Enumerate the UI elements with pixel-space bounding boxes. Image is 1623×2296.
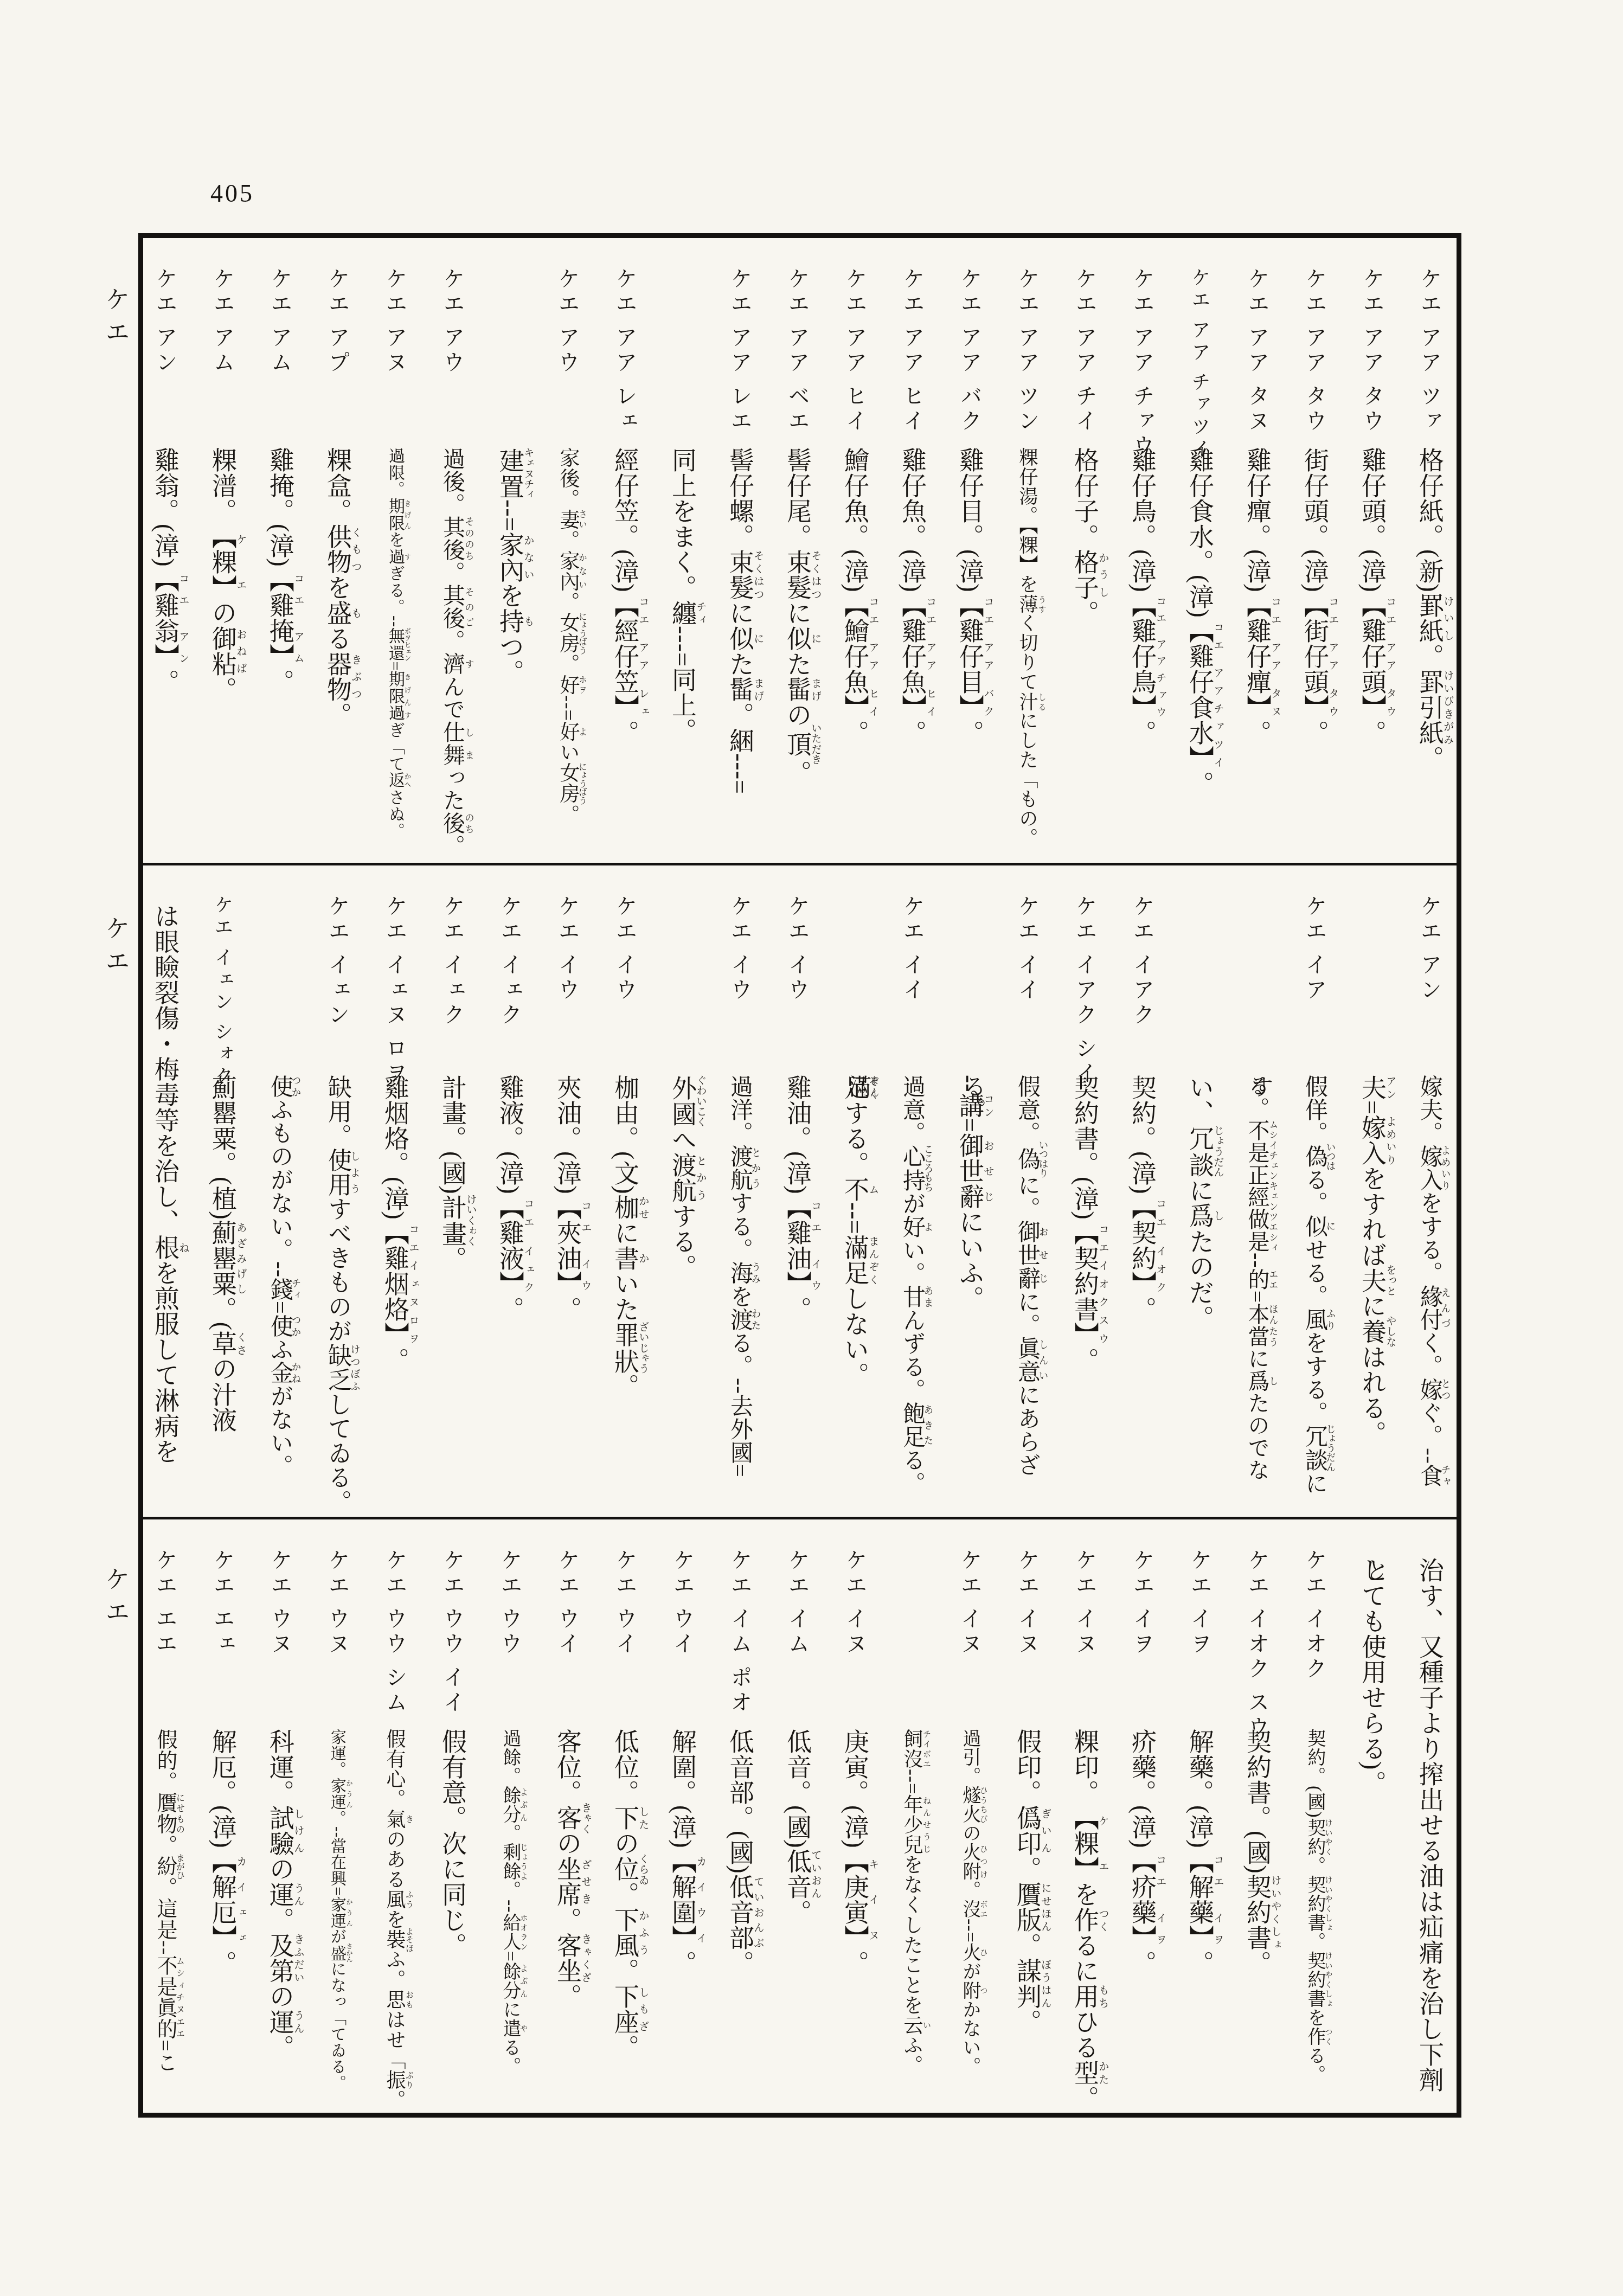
headword-reading: ケエ アン (1399, 895, 1457, 1003)
entry-column: ケエ アア ヒイ雞仔魚。(漳)【雞仔魚】コエ アア ヒイ。 (882, 238, 939, 863)
entry-column: ケエ イウ夾油。(漳)【夾油】コエ イウ。 (537, 865, 594, 1517)
entry-definition: 過餘。餘分よぶん。剩餘じょうよ。--給人ホオラン=餘分よぶんに遣やる。 (479, 1729, 537, 2076)
headword-reading: ケエ イウ (537, 895, 594, 1003)
headword-reading: ケエ アア タヌ (1227, 267, 1284, 434)
headword-reading: ケエ アア ヒイ (824, 267, 882, 434)
entry-definition: 雞仔癉。(漳)【雞仔癉】コエ アア タヌ。 (1227, 447, 1284, 746)
entry-definition: 契約。(國)契約けいやく。契約書けいやくしょ。契約書けいやくしょを作つくる。 (1284, 1729, 1342, 2084)
entry-column: ケエ イム低音。(國)低音ていおん。 (767, 1519, 824, 2114)
entry-definition: 治す、又種子より搾出せる油は疝痛を治し下劑と (1399, 1557, 1457, 2114)
headword-reading: ケエ イヌ (1054, 1549, 1112, 1657)
entry-definition: 契約。(漳)【契約】コエ イオク。 (1112, 1075, 1169, 1322)
entry-definition: 假佯。偽いつはる。似にせる。風ふりをする。冗談じょうだんにす (1284, 1075, 1342, 1517)
entry-definition: 家後。妻さい。家內かない。女房にょうばう。好ホヲ--=好よい女房にょうばう。 (537, 447, 594, 825)
entry-column: ケエ アア タウ雞仔頭。(漳)【雞仔頭】コエ アア タウ。 (1342, 238, 1399, 863)
entry-column: ケエ イヌ粿印。【粿】ケエを作つくるに用もちひる型かた。 (1054, 1519, 1112, 2114)
headword-reading: ケエ アム (192, 267, 249, 376)
headword-reading: ケエ イヌ (939, 1549, 997, 1657)
headword-reading: ケエ アン (143, 267, 192, 376)
entry-definition: 解厄。(漳)【解厄】カイェェ。 (192, 1729, 249, 1976)
headword-reading: ケエ ウウ シム (364, 1549, 422, 1716)
headword-reading: ケエ ウイ (652, 1549, 709, 1657)
headword-reading: ケエ アア タウ (1284, 267, 1342, 434)
entry-definition: しても使用せらる)。 (1342, 1557, 1399, 1795)
headword-reading: ケエ アア ヒイ (882, 267, 939, 434)
entry-column: ケエ イアク契約。(漳)【契約】コエ イオク。 (1112, 865, 1169, 1517)
entry-column: ケエ イウ雞油。(漳)【雞油】コエ イウ。 (767, 865, 824, 1517)
entry-column: ケエ イェン缺用。使用しようすべきものが缺乏けつぼふしてゐる。 (307, 865, 364, 1517)
entry-column: ケエ ウヌ科運。試驗しけんの運うん。及第きふだいの運うん。 (249, 1519, 307, 2114)
dictionary-band-bottom: 治す、又種子より搾出せる油は疝痛を治し下劑としても使用せらる)。ケエ イオク契約… (143, 1517, 1457, 2114)
entry-column: ケエ イェン シォク薊罌粟。(植)薊罌粟あざみげし。(草くさの汁液 (192, 865, 249, 1517)
entry-continuation-column: 足ぞくする。不ム--=滿足まんぞくしない。 (824, 865, 882, 1517)
entry-definition: 足ぞくする。不ム--=滿足まんぞくしない。 (824, 1075, 882, 1388)
headword-reading: ケエ アプ (307, 267, 364, 376)
entry-column: ケエ イェク計畫。(國)計畫けいくゎく。 (422, 865, 479, 1517)
entry-definition: 街仔頭。(漳)【街仔頭】コエ アア タウ。 (1284, 447, 1342, 746)
entry-definition: 鱠仔魚。(漳)【鱠仔魚】コエ アア ヒイ。 (824, 447, 882, 746)
entry-definition: 飼沒チイボエ--=年少兒ねんせうじをなくしたことを云いふ。 (882, 1729, 939, 2075)
headword-reading: ケエ アア バク (939, 267, 997, 434)
headword-reading: ケエ アウ (537, 267, 594, 376)
entry-column: ケエ アン嫁夫。嫁入よめいりをする。緣付えんづく。嫁とつぐ。--食チャ (1399, 865, 1457, 1517)
entry-definition: 過意。心持こころもちが好よい。甘あまんずる。飽足あきたる。滿まん (882, 1075, 939, 1517)
headword-reading: ケエ アヌ (364, 267, 422, 376)
entry-column: ケエ アア タウ街仔頭。(漳)【街仔頭】コエ アア タウ。 (1284, 238, 1342, 863)
entry-column: ケエ エエ假的。贋物にせもの。紛まがひ。這是--不是眞的ムシィチヌエエ=こ (143, 1519, 192, 2114)
thumb-index-label-band1: ケエ (101, 286, 133, 351)
entry-column: ケエ アア バク雞仔目。(漳)【雞仔目】コエ アア バク。 (939, 238, 997, 863)
entry-definition: い、冗談じょうだんに爲したのだ。 (1169, 1075, 1227, 1330)
entry-definition: 髻仔尾。束髮そくはつに似にた髷まげの頂いただき。 (767, 447, 824, 785)
headword-reading: ケエ アア タウ (1342, 267, 1399, 434)
entry-definition: 計畫。(國)計畫けいくゎく。 (422, 1075, 479, 1272)
entry-column: ケエ イア假佯。偽いつはる。似にせる。風ふりをする。冗談じょうだんにす (1284, 865, 1342, 1517)
entry-definition: 低音。(國)低音ていおん。 (767, 1729, 824, 1925)
entry-continuation-column: 使つかふものがない。--錢チィ=使つかふ金かねがない。 (249, 865, 307, 1517)
entry-column: ケエ イヌ假印。僞印ぎいん。贋版にせほん。謀判ぼうはん。 (997, 1519, 1054, 2114)
headword-reading: ケエ イェク (479, 895, 537, 1028)
headword-reading: ケエ イェク (422, 895, 479, 1028)
entry-column: ケエ イウ枷由。(文)枷かせに書かいた罪狀ざいじゃう。 (594, 865, 652, 1517)
entry-column: ケエ ウウ イイ假有意。次に同じ。 (422, 1519, 479, 2114)
entry-definition: 假有心。氣きのある風ふうを裝よそほふ。思おもはせ「振ぶり。 (364, 1729, 422, 2110)
entry-definition: 同上をまく。纏チィ---=同上。 (652, 447, 709, 743)
entry-definition: 科運。試驗しけんの運うん。及第きふだいの運うん。 (249, 1729, 307, 2060)
entry-definition: 經仔笠。(漳)【經仔笠】コエ アア レェ。 (594, 447, 652, 746)
entry-continuation-column: しても使用せらる)。 (1342, 1519, 1399, 2114)
headword-reading: ケエ イヲ (1169, 1549, 1227, 1657)
entry-definition: は眼瞼裂傷・梅毒等を治し、根ねを煎服して淋病を (143, 903, 192, 1464)
headword-reading: ケエ アア チイ (1054, 267, 1112, 434)
entry-definition: 雞仔鳥。(漳)【雞仔鳥】コエ アアチァウ。 (1112, 447, 1169, 746)
headword-reading: ケエ イム (767, 1549, 824, 1657)
entry-definition: 雞仔魚。(漳)【雞仔魚】コエ アア ヒイ。 (882, 447, 939, 746)
headword-reading: ケエ イム ポオ (709, 1549, 767, 1716)
entry-column: ケエ アア チイ格仔子。格子かうし。 (1054, 238, 1112, 863)
entry-column: ケエ イェク雞液。(漳)【雞液】コエ イェク。 (479, 865, 537, 1517)
entry-definition: 契約書。(漳)【契約書】コエイオクスウ。 (1054, 1075, 1112, 1373)
entry-continuation-column: は眼瞼裂傷・梅毒等を治し、根ねを煎服して淋病を (143, 865, 192, 1517)
entry-continuation-column: 同上をまく。纏チィ---=同上。 (652, 238, 709, 863)
entry-continuation-column: 夫アン=嫁入よめいりをすれば夫をっとに養やしなはれる。 (1342, 865, 1399, 1517)
headword-reading: ケエ イヌ (824, 1549, 882, 1657)
entry-definition: 假印。僞印ぎいん。贋版にせほん。謀判ぼうはん。 (997, 1729, 1054, 2035)
headword-reading: ケエ イウ (767, 895, 824, 1003)
headword-reading: ケエ エエ (143, 1549, 192, 1657)
entry-definition: 雞掩。(漳)【雞掩】コエ アム。 (249, 447, 307, 695)
entry-column: ケエ イオク契約。(國)契約けいやく。契約書けいやくしょ。契約書けいやくしょを作… (1284, 1519, 1342, 2114)
entry-column: ケエ イヌ庚寅。(漳)【庚寅】キイヌ。 (824, 1519, 882, 2114)
entry-definition: 夾油。(漳)【夾油】コエ イウ。 (537, 1075, 594, 1322)
headword-reading: ケエ アウ (422, 267, 479, 376)
entry-definition: 枷由。(文)枷かせに書かいた罪狀ざいじゃう。 (594, 1075, 652, 1399)
entry-definition: る。不是正經做是ムシイチェンキェンツエシィ--的エエ=本當ほんたうに爲したのでな (1227, 1075, 1284, 1481)
entry-definition: 粿仔湯。【粿】を薄うすく切りて汁しるにした「もの。 (997, 447, 1054, 848)
headword-reading: ケエ ウウ (479, 1549, 537, 1657)
headword-reading: ケエ イェン (307, 895, 364, 1028)
headword-reading: ケエ イオク (1284, 1549, 1342, 1682)
entry-column: ケエ アア チァツイ雞仔食水。(漳)【雞仔食水】コエ アアチァツイ。 (1169, 238, 1227, 863)
headword-reading: ケエ ウヌ (249, 1549, 307, 1657)
entry-definition: 解藥。(漳)【解藥】コエ イヲ。 (1169, 1729, 1227, 1976)
entry-column: ケエ アア ツン粿仔湯。【粿】を薄うすく切りて汁しるにした「もの。 (997, 238, 1054, 863)
headword-reading: ケエ アア チァツイ (1169, 267, 1227, 461)
entry-definition: 過引。燧火ひうちびの火附ひつけ。沒ボエ--=火ひが附つかない。 (939, 1729, 997, 2076)
entry-column: ケエ イアク シイ契約書。(漳)【契約書】コエイオクスウ。 (1054, 865, 1112, 1517)
entry-column: ケエ イム ポオ低音部。(國)低音部ていおんぶ。 (709, 1519, 767, 2114)
dictionary-band-top: ケエ アア ツァ格仔紙。(新)罫紙けいし。罫引紙けいびきがみ。ケエ アア タウ雞… (143, 238, 1457, 863)
headword-reading: ケエ ウヌ (307, 1549, 364, 1657)
entry-definition: 契約書。(國)契約書けいやくしょ。 (1227, 1729, 1284, 1976)
headword-reading: ケエ アア レェ (594, 267, 652, 434)
entry-continuation-column: 建置キェヌチィ--=家內かないを持もつ。 (479, 238, 537, 863)
entry-continuation-column: 飼沒チイボエ--=年少兒ねんせうじをなくしたことを云いふ。 (882, 1519, 939, 2114)
headword-reading: ケエ アア ツァ (1399, 267, 1457, 434)
entry-column: ケエ アア ベエ髻仔尾。束髮そくはつに似にた髷まげの頂いただき。 (767, 238, 824, 863)
entry-column: ケエ ウイ低位。下したの位くらゐ。下風かふう。下座しもざ。 (594, 1519, 652, 2114)
entry-definition: 家運。家運かうん。--當在興=家運かうんが盛さかんになっ「てゐる。 (307, 1729, 364, 2092)
headword-reading: ケエ ウウ イイ (422, 1549, 479, 1716)
entry-definition: 薊罌粟。(植)薊罌粟あざみげし。(草くさの汁液 (192, 1075, 249, 1433)
entry-definition: 庚寅。(漳)【庚寅】キイヌ。 (824, 1729, 882, 1976)
entry-column: ケエ アプ粿盒。供物くもつを盛もる器物きぶつ。 (307, 238, 364, 863)
thumb-index-label-band2: ケエ (101, 915, 133, 980)
entry-continuation-column: い、冗談じょうだんに爲したのだ。 (1169, 865, 1227, 1517)
entry-definition: 假意。偽いつはりに。御世辭おせじに。眞意しんいにあらざる。 (997, 1075, 1054, 1517)
entry-column: ケエ ウウ過餘。餘分よぶん。剩餘じょうよ。--給人ホオラン=餘分よぶんに遣やる。 (479, 1519, 537, 2114)
headword-reading: ケエ イアク シイ (1054, 895, 1112, 1087)
entry-column: ケエ アヌ過限。期限きげんを過すぎる。--無還ボヲヒェン=期限過きげんすぎ「て返… (364, 238, 422, 863)
entry-continuation-column: る。不是正經做是ムシイチェンキェンツエシィ--的エエ=本當ほんたうに爲したのでな (1227, 865, 1284, 1517)
headword-reading: ケエ イア (1284, 895, 1342, 1003)
entry-definition: 夫アン=嫁入よめいりをすれば夫をっとに養やしなはれる。 (1342, 1075, 1399, 1446)
entry-definition: 雞仔目。(漳)【雞仔目】コエ アア バク。 (939, 447, 997, 746)
entry-definition: 過後。其後そののち。其後そのご。濟すんで仕舞しまった後のち。 (422, 447, 479, 857)
entry-definition: 粿盒。供物くもつを盛もる器物きぶつ。 (307, 447, 364, 728)
entry-definition: 外國ぐわいこくへ渡航とかうする。 (652, 1075, 709, 1280)
entry-column: ケエ アア ヒイ鱠仔魚。(漳)【鱠仔魚】コエ アア ヒイ。 (824, 238, 882, 863)
headword-reading: ケエ イェン シォク (192, 895, 249, 1089)
headword-reading: ケエ アア チァウ (1112, 267, 1169, 459)
headword-reading: ケエ イェヌ ロヲ (364, 895, 422, 1087)
entry-column: ケエ ウイ解圍。(漳)【解圍】カイウイ。 (652, 1519, 709, 2114)
headword-reading: ケエ イイ (882, 895, 939, 1003)
entry-column: ケエ ウヌ家運。家運かうん。--當在興=家運かうんが盛さかんになっ「てゐる。 (307, 1519, 364, 2114)
entry-definition: 雞油。(漳)【雞油】コエ イウ。 (767, 1075, 824, 1322)
entry-column: ケエ イイ過意。心持こころもちが好よい。甘あまんずる。飽足あきたる。滿まん (882, 865, 939, 1517)
entry-definition: 雞仔頭。(漳)【雞仔頭】コエ アア タウ。 (1342, 447, 1399, 746)
headword-reading: ケエ ウイ (594, 1549, 652, 1657)
entry-definition: 缺用。使用しようすべきものが缺乏けつぼふしてゐる。 (307, 1075, 364, 1514)
entry-column: ケエ アア レェ經仔笠。(漳)【經仔笠】コエ アア レェ。 (594, 238, 652, 863)
entry-definition: 假的。贋物にせもの。紛まがひ。這是--不是眞的ムシィチヌエエ=こ (143, 1729, 192, 2073)
headword-reading: ケエ イウ (594, 895, 652, 1003)
entry-column: ケエ イヲ疥藥。(漳)【疥藥】コエ イヲ。 (1112, 1519, 1169, 2114)
entry-definition: 解圍。(漳)【解圍】カイウイ。 (652, 1729, 709, 1976)
headword-reading: ケエ アア ツン (997, 267, 1054, 434)
entry-definition: 嫁夫。嫁入よめいりをする。緣付えんづく。嫁とつぐ。--食チャ (1399, 1075, 1457, 1487)
entry-definition: --講コン=御世辭おせじにいふ。 (939, 1075, 997, 1311)
entry-column: ケエ アム粿潽。【粿】ケエの御粘おねば。 (192, 238, 249, 863)
entry-definition: 假有意。次に同じ。 (422, 1729, 479, 1958)
entry-column: ケエ アウ家後。妻さい。家內かない。女房にょうばう。好ホヲ--=好よい女房にょう… (537, 238, 594, 863)
entry-definition: 建置キェヌチィ--=家內かないを持もつ。 (479, 447, 537, 685)
headword-reading: ケエ イヲ (1112, 1549, 1169, 1657)
entry-definition: 雞液。(漳)【雞液】コエ イェク。 (479, 1075, 537, 1322)
entry-column: ケエ イヌ過引。燧火ひうちびの火附ひつけ。沒ボエ--=火ひが附つかない。 (939, 1519, 997, 2114)
headword-reading: ケエ イアク (1112, 895, 1169, 1028)
entry-definition: 使つかふものがない。--錢チィ=使つかふ金かねがない。 (249, 1075, 307, 1478)
dictionary-band-middle: ケエ アン嫁夫。嫁入よめいりをする。緣付えんづく。嫁とつぐ。--食チャ夫アン=嫁… (143, 863, 1457, 1517)
entry-column: ケエ アア チァウ雞仔鳥。(漳)【雞仔鳥】コエ アアチァウ。 (1112, 238, 1169, 863)
entry-column: ケエ イヲ解藥。(漳)【解藥】コエ イヲ。 (1169, 1519, 1227, 2114)
entry-continuation-column: --講コン=御世辭おせじにいふ。 (939, 865, 997, 1517)
entry-column: ケエ エェ解厄。(漳)【解厄】カイェェ。 (192, 1519, 249, 2114)
headword-reading: ケエ イイ (997, 895, 1054, 1003)
entry-definition: 過限。期限きげんを過すぎる。--無還ボヲヒェン=期限過きげんすぎ「て返かへさぬ。 (364, 447, 422, 839)
entry-definition: 雞仔食水。(漳)【雞仔食水】コエ アアチァツイ。 (1169, 447, 1227, 797)
entry-definition: 格仔子。格子かうし。 (1054, 447, 1112, 626)
headword-reading: ケエ イオク スウ (1227, 1549, 1284, 1741)
entry-definition: 疥藥。(漳)【疥藥】コエ イヲ。 (1112, 1729, 1169, 1976)
entry-column: ケエ アン雞翁。(漳)【雞翁】コエ アン。 (143, 238, 192, 863)
headword-reading: ケエ アア レエ (709, 267, 767, 434)
entry-column: ケエ イオク スウ契約書。(國)契約書けいやくしょ。 (1227, 1519, 1284, 2114)
entry-definition: 粿潽。【粿】ケエの御粘おねば。 (192, 447, 249, 702)
entry-column: ケエ イェヌ ロヲ雞烟烙。(漳)【雞烟烙】コエイェヌロヲ。 (364, 865, 422, 1517)
headword-reading: ケエ ウイ (537, 1549, 594, 1657)
thumb-index-label-band3: ケエ (101, 1566, 133, 1631)
entry-definition: 低音部。(國)低音部ていおんぶ。 (709, 1729, 767, 1976)
headword-reading: ケエ アア ベエ (767, 267, 824, 434)
entry-column: ケエ ウイ客位。客きゃくの坐席ざせき。客坐きゃくざ。 (537, 1519, 594, 2114)
page-number: 405 (210, 179, 254, 208)
headword-reading: ケエ アム (249, 267, 307, 376)
entry-continuation-column: 治す、又種子より搾出せる油は疝痛を治し下劑と (1399, 1519, 1457, 2114)
entry-definition: 粿印。【粿】ケエを作つくるに用もちひる型かた。 (1054, 1729, 1112, 2111)
entry-definition: 客位。客きゃくの坐席ざせき。客坐きゃくざ。 (537, 1729, 594, 2009)
entry-continuation-column: 外國ぐわいこくへ渡航とかうする。 (652, 865, 709, 1517)
entry-column: ケエ ウウ シム假有心。氣きのある風ふうを裝よそほふ。思おもはせ「振ぶり。 (364, 1519, 422, 2114)
entry-definition: 雞翁。(漳)【雞翁】コエ アン。 (143, 447, 192, 695)
entry-definition: 雞烟烙。(漳)【雞烟烙】コエイェヌロヲ。 (364, 1075, 422, 1373)
entry-definition: 格仔紙。(新)罫紙けいし。罫引紙けいびきがみ。 (1399, 447, 1457, 771)
entry-column: ケエ アア タヌ雞仔癉。(漳)【雞仔癉】コエ アア タヌ。 (1227, 238, 1284, 863)
headword-reading: ケエ イヌ (997, 1549, 1054, 1657)
entry-column: ケエ イウ過洋。渡航とかうする。海うみを渡わたる。--去外國= (709, 865, 767, 1517)
dictionary-page-frame: ケエ アア ツァ格仔紙。(新)罫紙けいし。罫引紙けいびきがみ。ケエ アア タウ雞… (138, 233, 1461, 2118)
entry-column: ケエ アム雞掩。(漳)【雞掩】コエ アム。 (249, 238, 307, 863)
entry-column: ケエ イイ假意。偽いつはりに。御世辭おせじに。眞意しんいにあらざる。 (997, 865, 1054, 1517)
headword-reading: ケエ イウ (709, 895, 767, 1003)
entry-definition: 低位。下したの位くらゐ。下風かふう。下座しもざ。 (594, 1729, 652, 2060)
entry-definition: 過洋。渡航とかうする。海うみを渡わたる。--去外國= (709, 1075, 767, 1478)
entry-column: ケエ アア ツァ格仔紙。(新)罫紙けいし。罫引紙けいびきがみ。 (1399, 238, 1457, 863)
entry-definition: 髻仔螺。束髮そくはつに似にた髷まげ。綑---= (709, 447, 767, 794)
entry-column: ケエ アウ過後。其後そののち。其後そのご。濟すんで仕舞しまった後のち。 (422, 238, 479, 863)
headword-reading: ケエ エェ (192, 1549, 249, 1657)
entry-column: ケエ アア レエ髻仔螺。束髮そくはつに似にた髷まげ。綑---= (709, 238, 767, 863)
